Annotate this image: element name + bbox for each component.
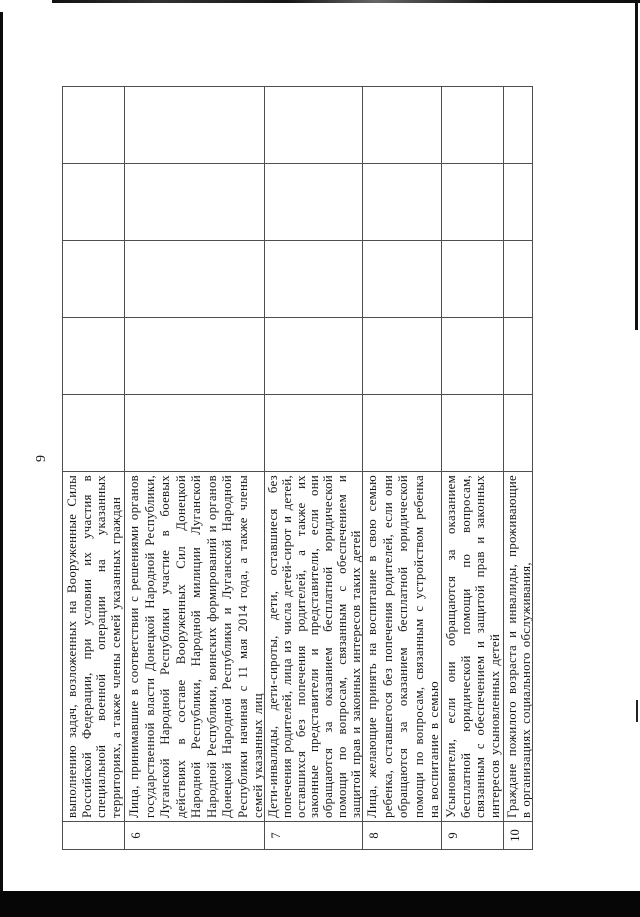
empty-cell bbox=[363, 317, 442, 394]
document-table: выполнению задач, возложенных на Вооруже… bbox=[62, 86, 533, 850]
empty-cell bbox=[442, 317, 504, 394]
empty-cell bbox=[63, 86, 125, 163]
empty-cell bbox=[442, 240, 504, 317]
empty-cell bbox=[442, 394, 504, 471]
row-text-cell: Дети-инвалиды, дети-сироты, дети, оставш… bbox=[265, 471, 363, 821]
empty-cell bbox=[504, 317, 533, 394]
empty-cell bbox=[125, 317, 265, 394]
empty-cell bbox=[504, 163, 533, 240]
row-text-cell: Лица, желающие принять на воспитание в с… bbox=[363, 471, 442, 821]
empty-cell bbox=[63, 317, 125, 394]
empty-cell bbox=[63, 163, 125, 240]
empty-cell bbox=[442, 163, 504, 240]
empty-cell bbox=[265, 163, 363, 240]
empty-cell bbox=[265, 317, 363, 394]
empty-cell bbox=[504, 394, 533, 471]
row-number-cell: 7 bbox=[265, 821, 363, 849]
row-number-cell: 9 bbox=[442, 821, 504, 849]
empty-cell bbox=[504, 240, 533, 317]
empty-cell bbox=[125, 240, 265, 317]
row-number-cell: 8 bbox=[363, 821, 442, 849]
empty-cell bbox=[363, 394, 442, 471]
row-number-cell: 10 bbox=[504, 821, 533, 849]
row-text-cell: Граждане пожилого возраста и инвалиды, п… bbox=[504, 471, 533, 821]
empty-cell bbox=[363, 240, 442, 317]
empty-cell bbox=[363, 163, 442, 240]
empty-cell bbox=[125, 394, 265, 471]
row-number-cell bbox=[63, 821, 125, 849]
row-number-cell: 6 bbox=[125, 821, 265, 849]
empty-cell bbox=[125, 163, 265, 240]
empty-cell bbox=[265, 240, 363, 317]
row-text-cell: выполнению задач, возложенных на Вооруже… bbox=[63, 471, 125, 821]
empty-cell bbox=[125, 86, 265, 163]
empty-cell bbox=[63, 394, 125, 471]
scanned-page: 9 выполнению задач, возложенных на Воору… bbox=[0, 0, 640, 917]
empty-cell bbox=[442, 86, 504, 163]
row-text-cell: Лица, принимавшие в соответствии с решен… bbox=[125, 471, 265, 821]
empty-cell bbox=[504, 86, 533, 163]
row-text-cell: Усыновители, если они обращаются за оказ… bbox=[442, 471, 504, 821]
empty-cell bbox=[265, 86, 363, 163]
empty-cell bbox=[63, 240, 125, 317]
empty-cell bbox=[265, 394, 363, 471]
page-number: 9 bbox=[34, 0, 50, 917]
empty-cell bbox=[363, 86, 442, 163]
